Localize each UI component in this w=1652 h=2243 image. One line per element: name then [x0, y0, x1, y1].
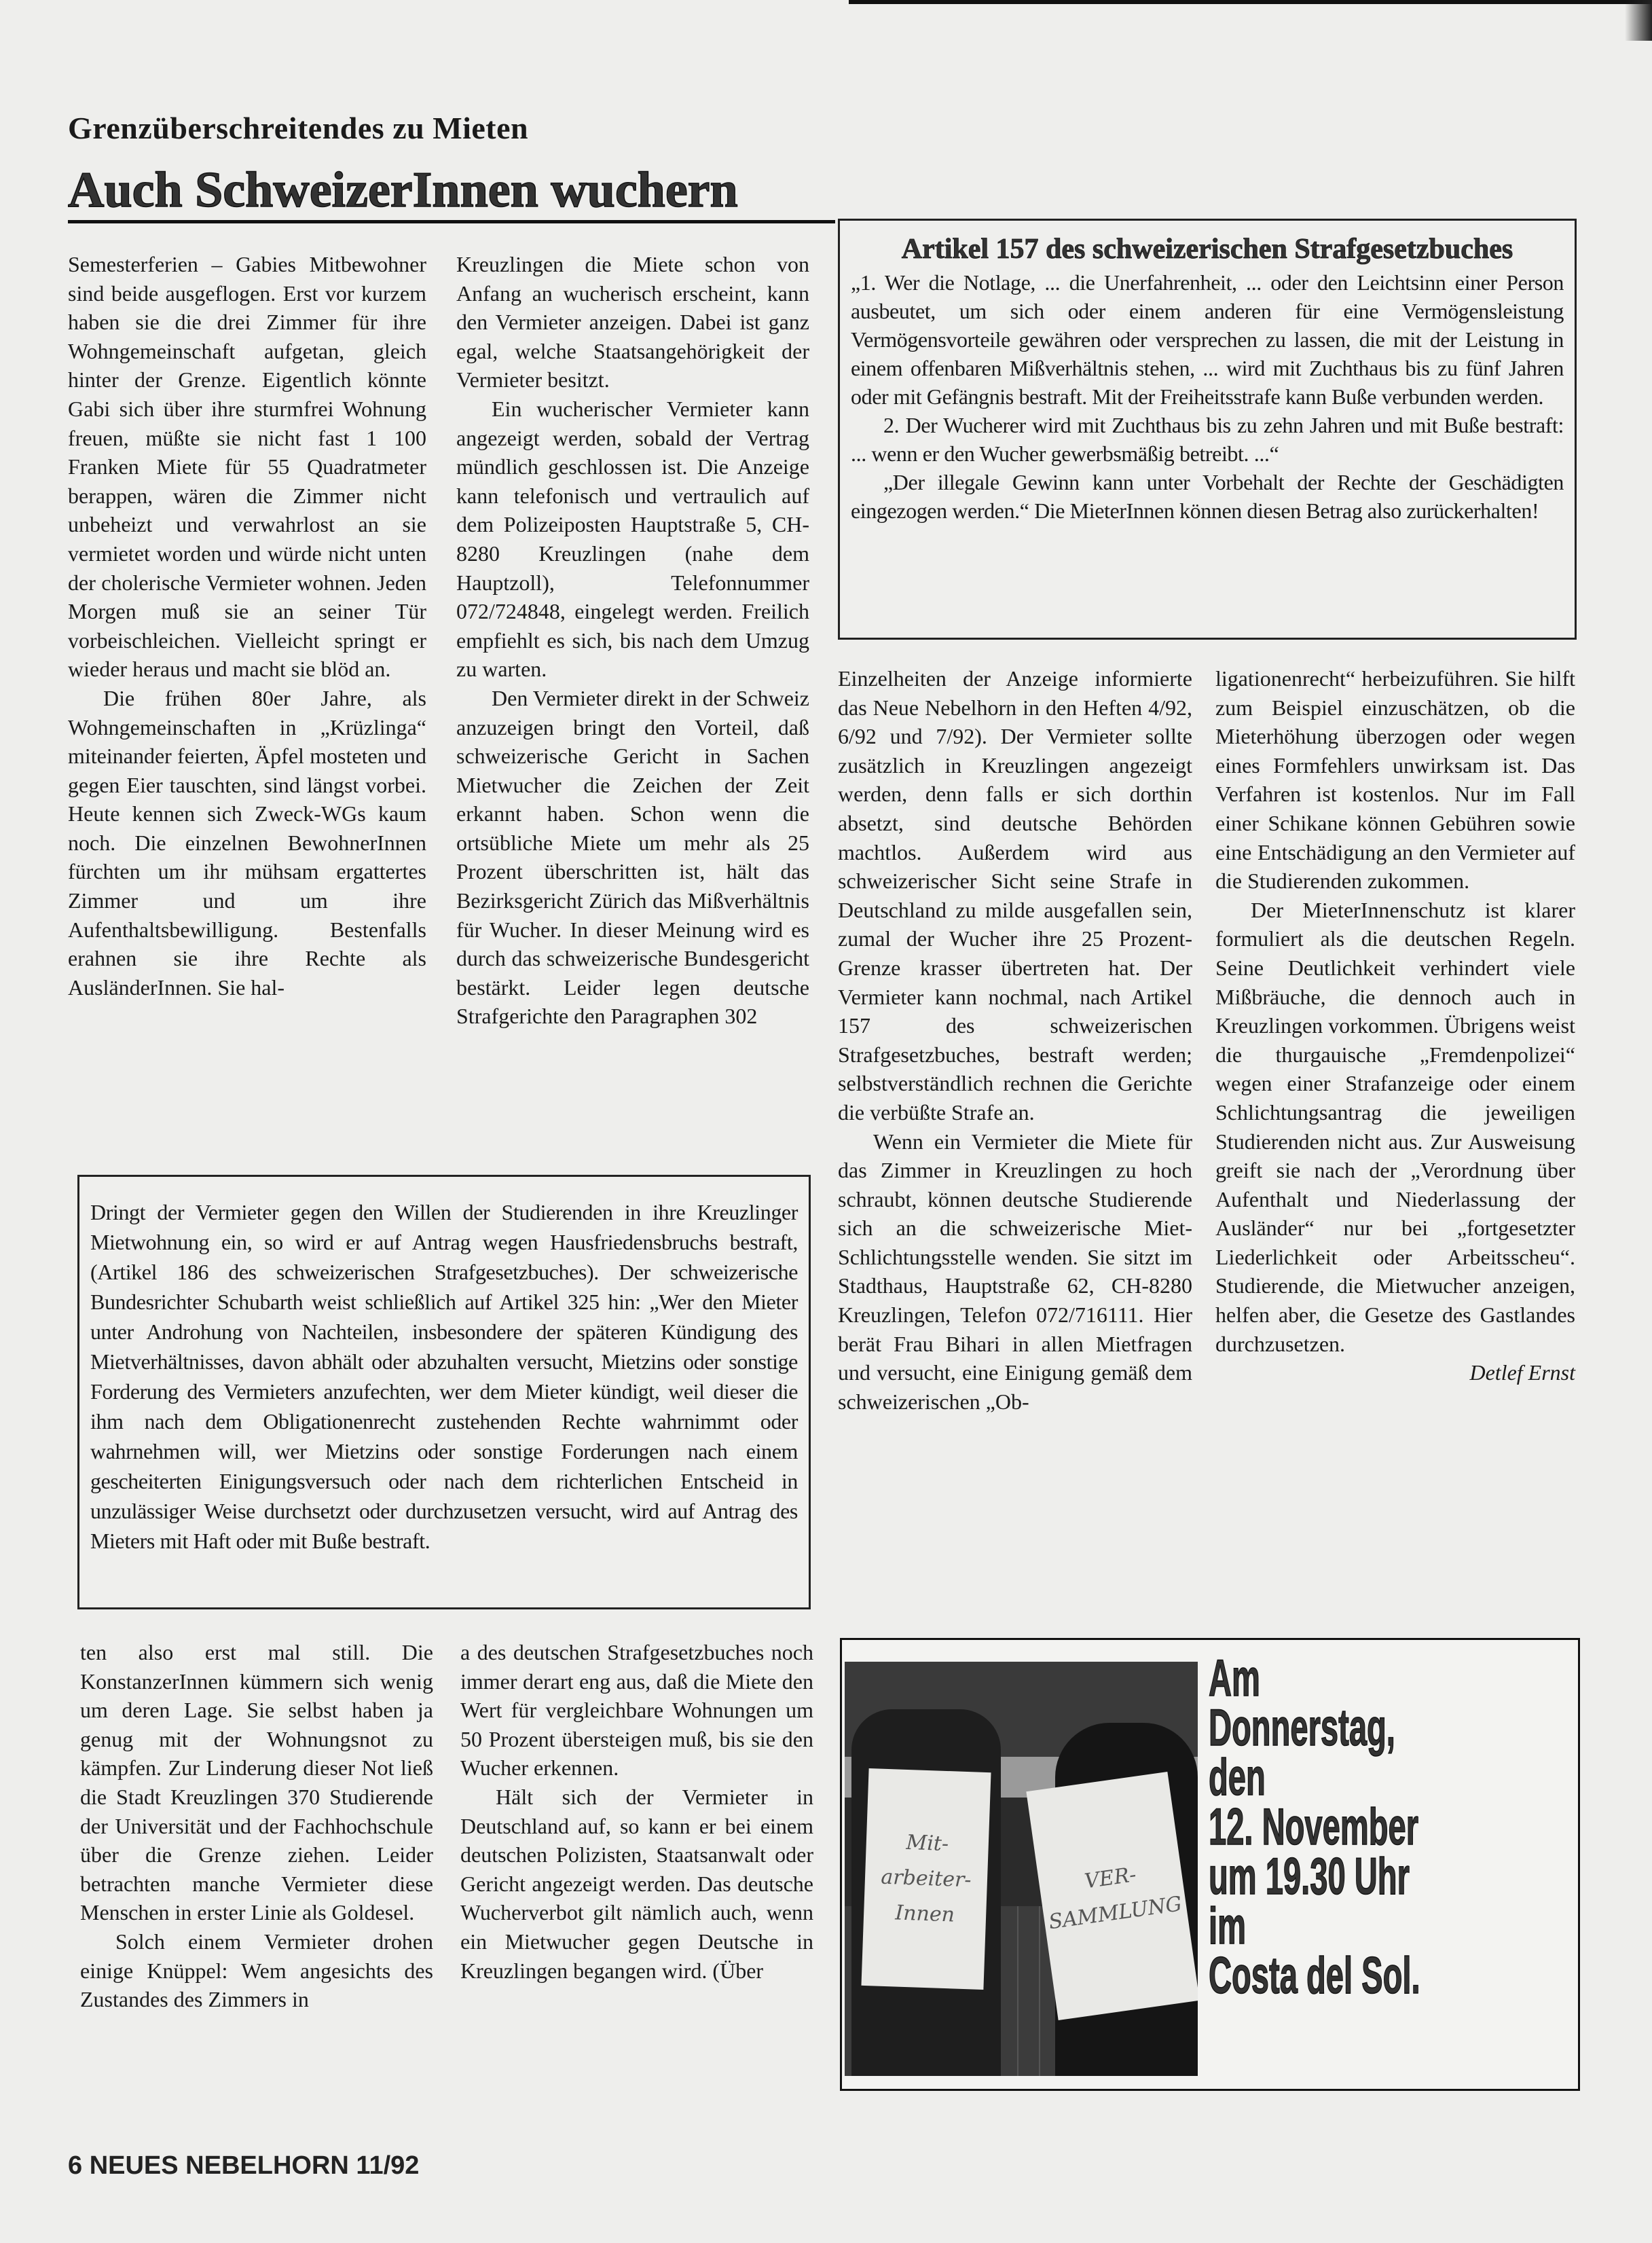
paragraph: Ein wucherischer Vermieter kann angezeig…: [456, 395, 809, 684]
paragraph: Kreuzlingen die Miete schon von Anfang a…: [456, 250, 809, 395]
column-4: ligationenrecht“ herbeizuführen. Sie hil…: [1215, 664, 1575, 1387]
paragraph: Hält sich der Vermieter in Deutschland a…: [460, 1783, 813, 1985]
page-corner-shadow: [1625, 0, 1652, 41]
paragraph: a des deutschen Strafgesetzbuches noch i…: [460, 1638, 813, 1783]
paragraph: Den Vermieter direkt in der Schweiz anzu…: [456, 684, 809, 1031]
sidebar-paragraph: Dringt der Vermieter gegen den Willen de…: [90, 1197, 798, 1556]
hausfrieden-sidebar: Dringt der Vermieter gegen den Willen de…: [77, 1175, 811, 1609]
sidebar-paragraph: „1. Wer die Notlage, ... die Unerfahrenh…: [851, 268, 1564, 411]
column-2-lower: a des deutschen Strafgesetzbuches noch i…: [460, 1638, 813, 1985]
paragraph: ten also erst mal still. Die KonstanzerI…: [80, 1638, 433, 1927]
page-top-edge: [849, 0, 1652, 4]
paragraph: Einzelheiten der Anzeige informierte das…: [838, 664, 1192, 1127]
headline-rule: [68, 220, 835, 223]
article-kicker: Grenzüberschreitendes zu Mieten: [68, 110, 528, 146]
paragraph: Die frühen 80er Jahre, als Wohngemeinsch…: [68, 684, 426, 1002]
paragraph: Solch einem Vermieter drohen einige Knüp…: [80, 1927, 433, 2014]
protest-photo: Mit- arbeiter- Innen VER- SAMMLUNG: [845, 1662, 1198, 2076]
protest-sign-left: Mit- arbeiter- Innen: [861, 1768, 991, 1990]
announcement-text: Am Donnerstag, den 12. November um 19.30…: [1209, 1654, 1420, 2001]
event-announcement: Mit- arbeiter- Innen VER- SAMMLUNG Am Do…: [840, 1638, 1580, 2091]
sidebar-title: Artikel 157 des schweizerischen Strafges…: [840, 233, 1575, 266]
paragraph: ligationenrecht“ herbeizuführen. Sie hil…: [1215, 664, 1575, 896]
page-footer: 6 NEUES NEBELHORN 11/92: [68, 2151, 419, 2181]
author-signature: Detlef Ernst: [1469, 1358, 1575, 1387]
paragraph: Wenn ein Vermieter die Miete für das Zim…: [838, 1127, 1192, 1417]
sidebar-paragraph: 2. Der Wucherer wird mit Zuchthaus bis z…: [851, 411, 1564, 468]
article-headline: Auch SchweizerInnen wuchern: [68, 162, 738, 219]
column-3: Einzelheiten der Anzeige informierte das…: [838, 664, 1192, 1416]
column-2-upper: Kreuzlingen die Miete schon von Anfang a…: [456, 250, 809, 1031]
column-1-upper: Semesterferien – Gabies Mitbewohner sind…: [68, 250, 426, 1002]
sidebar-paragraph: „Der illegale Gewinn kann unter Vorbehal…: [851, 468, 1564, 525]
paragraph: Semesterferien – Gabies Mitbewohner sind…: [68, 250, 426, 684]
column-1-lower: ten also erst mal still. Die KonstanzerI…: [80, 1638, 433, 2014]
paragraph: Der MieterInnenschutz ist klarer formuli…: [1215, 896, 1575, 1359]
article-157-sidebar: Artikel 157 des schweizerischen Strafges…: [838, 219, 1577, 640]
